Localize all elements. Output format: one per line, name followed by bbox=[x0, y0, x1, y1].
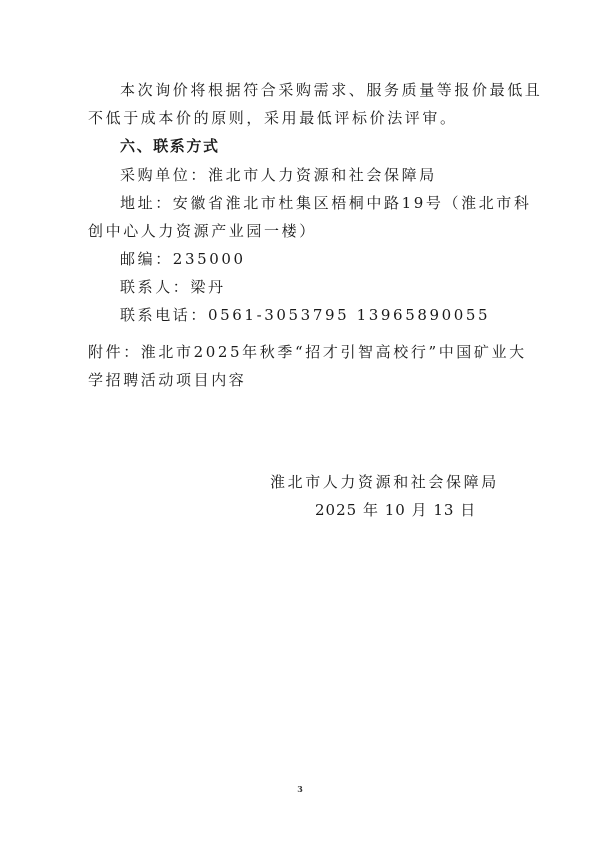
postcode: 邮编：235000 bbox=[120, 249, 246, 269]
signature-organization: 淮北市人力资源和社会保障局 bbox=[270, 472, 499, 492]
address-line-2: 创中心人力资源产业园一楼） bbox=[88, 221, 317, 241]
section-heading-contact: 六、联系方式 bbox=[120, 136, 220, 156]
evaluation-paragraph-line-1: 本次询价将根据符合采购需求、服务质量等报价最低且 bbox=[120, 80, 542, 100]
procurement-unit: 采购单位：淮北市人力资源和社会保障局 bbox=[120, 165, 437, 185]
page-number: 3 bbox=[0, 784, 600, 794]
signature-date: 2025 年 10 月 13 日 bbox=[315, 500, 476, 520]
attachment-line-1: 附件：淮北市2025年秋季“招才引智高校行”中国矿业大 bbox=[88, 342, 527, 362]
attachment-line-2: 学招聘活动项目内容 bbox=[88, 370, 246, 390]
evaluation-paragraph-line-2: 不低于成本价的原则，采用最低评标价法评审。 bbox=[88, 108, 458, 128]
address-line-1: 地址：安徽省淮北市杜集区梧桐中路19号（淮北市科 bbox=[120, 193, 532, 213]
contact-person: 联系人：梁丹 bbox=[120, 277, 226, 297]
contact-phone: 联系电话：0561-3053795 13965890055 bbox=[120, 305, 490, 325]
